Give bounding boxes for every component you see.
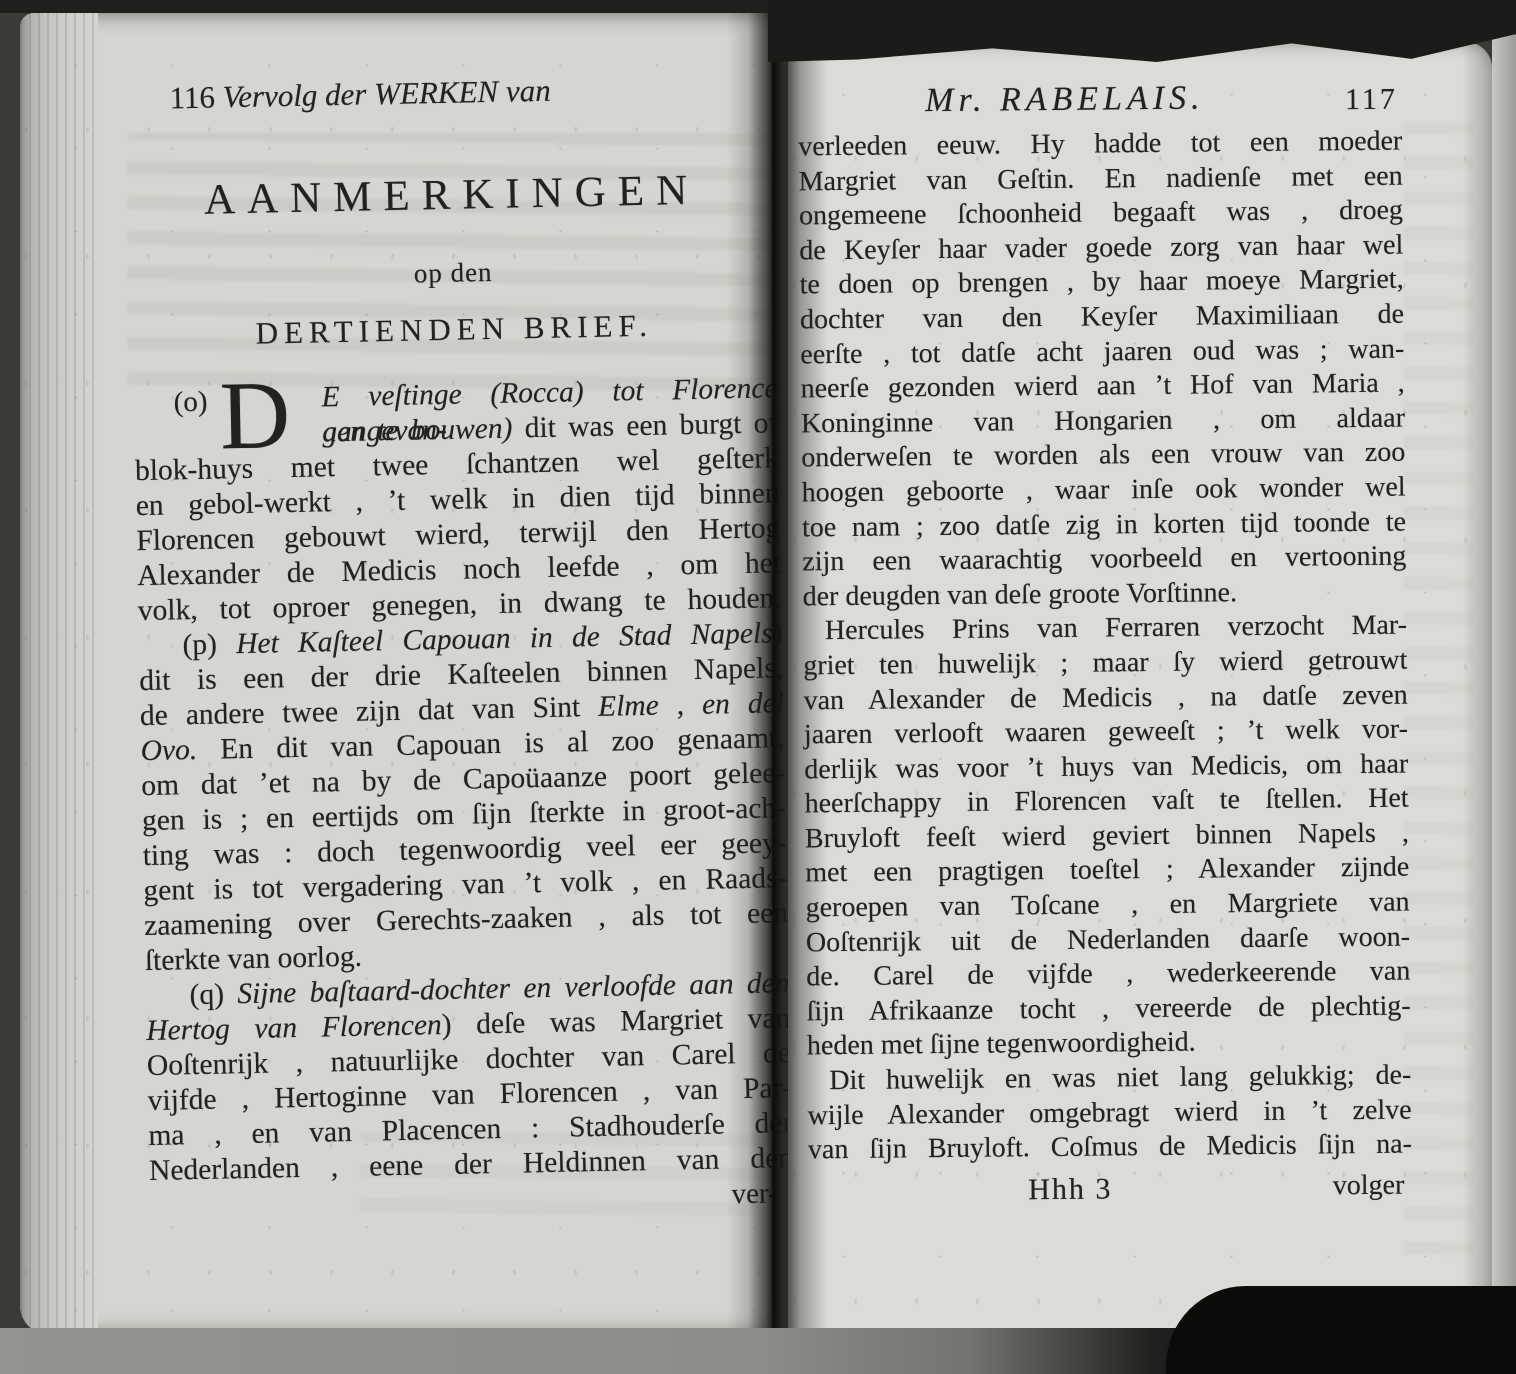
text-line: Hercules Prins van Ferraren verzocht Mar… xyxy=(803,609,1407,649)
text-line: verleeden eeuw. Hy hadde tot een moeder xyxy=(798,125,1402,165)
body-text: verleeden eeuw. Hy hadde tot een moederM… xyxy=(798,125,1412,1169)
text-line: de. Carel de vijfde , wederkeerende van xyxy=(806,955,1410,995)
catchword: volger xyxy=(1333,1169,1405,1202)
scan-bottom-right-corner xyxy=(1166,1286,1516,1374)
text-line: eerſte , tot datſe acht jaaren oud was ;… xyxy=(800,332,1404,372)
text-line: Margriet van Geſtin. En nadienſe met een xyxy=(799,159,1403,199)
text-line: dochter van den Keyſer Maximiliaan de xyxy=(800,298,1404,338)
book-scan: { "colors":{"paper_left":"#d6d5cf","pape… xyxy=(0,0,1516,1374)
paragraph: Hercules Prins van Ferraren verzocht Mar… xyxy=(803,609,1411,1064)
text-line: zijn een waarachtig voorbeeld en vertoon… xyxy=(802,540,1406,580)
paragraph: (o)DE veſtinge (Rocca) tot Florence aang… xyxy=(133,371,782,629)
left-page: 116 Vervolg der WERKEN van AANMERKINGEN … xyxy=(20,13,772,1335)
text-line: Koninginne van Hongarien , om aldaar xyxy=(801,401,1405,441)
text-line: Bruyloft feeſt wierd geviert binnen Nape… xyxy=(805,816,1409,856)
paragraph: Dit huwelijk en was niet lang gelukkig; … xyxy=(807,1059,1412,1169)
text-line: griet ten huwelijk ; maar ſy wierd getro… xyxy=(803,643,1407,683)
book-gutter-shadow xyxy=(748,0,800,1344)
running-title: Vervolg der WERKEN van xyxy=(222,73,551,115)
running-header: 116 Vervolg der WERKEN van xyxy=(127,67,772,118)
right-page-text: Mr. RABELAIS. 117 verleeden eeuw. Hy had… xyxy=(798,77,1413,1210)
text-line: de Keyſer haar vader goede zorg van haar… xyxy=(799,228,1403,268)
text-line: wijle Alexander omgebragt wierd in ’t ze… xyxy=(807,1093,1411,1133)
text-line: van Alexander de Medicis , na datſe zeve… xyxy=(803,678,1407,718)
paragraph: verleeden eeuw. Hy hadde tot een moederM… xyxy=(798,125,1407,615)
page-block-edge-left xyxy=(20,13,98,1335)
text-line: heerſchappy in Florencen vaſt te ſtellen… xyxy=(804,782,1408,822)
page-block-edge-right xyxy=(1492,10,1516,1324)
section-subject: DERTIENDEN BRIEF. xyxy=(132,305,777,354)
text-line: te doen op brengen , by haar moeye Margr… xyxy=(800,263,1404,303)
page-foot: Hhh 3 volger xyxy=(808,1169,1412,1209)
signature-mark: Hhh 3 xyxy=(808,1169,1412,1209)
text-line: derlijk was voor ’t huys van Medicis, om… xyxy=(804,747,1408,787)
text-line: van ſijn Bruyloft. Coſmus de Medicis ſij… xyxy=(808,1128,1412,1168)
text-line: jaaren verlooft waaren geweeſt ; ’t welk… xyxy=(804,713,1408,753)
scan-top-edge-right xyxy=(768,0,1516,62)
section-title: AANMERKINGEN xyxy=(129,165,774,226)
text-line: ſijn Afrikaanze tocht , vereerde de plec… xyxy=(806,989,1410,1029)
text-line: hoogen geboorte , waar inſe ook wonder w… xyxy=(801,471,1405,511)
running-title: Mr. RABELAIS. xyxy=(798,77,1402,123)
text-line: geroepen van Toſcane , en Margriete van xyxy=(805,886,1409,926)
drop-cap: D xyxy=(219,383,290,448)
page-number: 116 xyxy=(169,79,215,115)
left-page-text: 116 Vervolg der WERKEN van AANMERKINGEN … xyxy=(127,67,794,1223)
section-subtitle: op den xyxy=(131,251,775,294)
right-page-edge xyxy=(1462,42,1492,1350)
running-header: Mr. RABELAIS. 117 xyxy=(798,77,1402,123)
text-line: heden met ſijne tegenwoordigheid. xyxy=(807,1024,1411,1064)
text-line: toe nam ; zoo datſe zig in korten tijd t… xyxy=(802,505,1406,545)
paragraph: (q) Sijne baſtaard-dochter en verloofde … xyxy=(145,966,793,1189)
text-line: Dit huwelijk en was niet lang gelukkig; … xyxy=(807,1059,1411,1099)
paragraph: (p) Het Kaſteel Capouan in de Stad Napel… xyxy=(138,616,789,979)
right-page: Mr. RABELAIS. 117 verleeden eeuw. Hy had… xyxy=(788,42,1492,1350)
body-text: (o)DE veſtinge (Rocca) tot Florence aang… xyxy=(133,371,793,1189)
paragraph-marker: (o) xyxy=(173,385,208,421)
text-line: Ooſtenrijk uit de Nederlanden daarſe woo… xyxy=(806,920,1410,960)
page-number: 117 xyxy=(1345,80,1398,121)
text-line: neerſe gezonden wierd aan ’t Hof van Mar… xyxy=(800,367,1404,407)
text-line: der deugden van deſe groote Vorſtinne. xyxy=(802,574,1406,614)
text-line: ongemeene ſchoonheid begaaft was , droeg xyxy=(799,194,1403,234)
text-line: onderweſen te worden als een vrouw van z… xyxy=(801,436,1405,476)
text-line: met een pragtigen toeſtel ; Alexander zi… xyxy=(805,851,1409,891)
